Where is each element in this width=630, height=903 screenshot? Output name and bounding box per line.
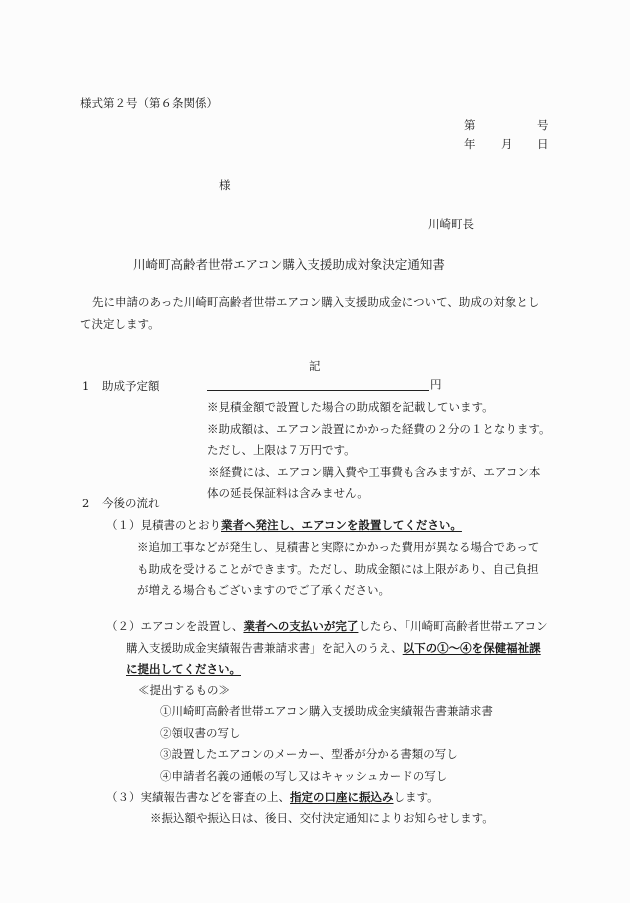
step3-number: （３） bbox=[106, 790, 141, 804]
step2-number: （２） bbox=[106, 619, 141, 633]
step1-note-3: が増える場合もございますのでご了承ください。 bbox=[137, 585, 390, 597]
subsidy-amount-field[interactable] bbox=[207, 378, 429, 391]
recipient-suffix: 様 bbox=[219, 180, 231, 192]
date-year: 年 bbox=[464, 139, 476, 151]
step2-text-1-end: したら、「川崎町高齢者世帯エアコン bbox=[358, 619, 547, 633]
section2-number: 2 bbox=[82, 498, 89, 510]
section1-note-4: ※経費には、エアコン購入費や工事費も含みますが、エアコン本 bbox=[208, 467, 540, 479]
section1-note-5: 体の延長保証料は含みません。 bbox=[207, 488, 369, 500]
submit-heading: ≪提出するもの≫ bbox=[138, 685, 230, 697]
date-month: 月 bbox=[501, 139, 513, 151]
step1-note-2: も助成を受けることができます。ただし、助成金額には上限があり、自己負担 bbox=[137, 564, 539, 576]
doc-number-prefix: 第 bbox=[464, 120, 476, 132]
submit-item-2: ②領収書の写し bbox=[160, 728, 241, 740]
section1-note-2: ※助成額は、エアコン設置にかかった経費の２分の１となります。 bbox=[207, 424, 551, 436]
section1-label: 助成予定額 bbox=[102, 381, 160, 393]
sender-name: 川崎町長 bbox=[428, 219, 474, 231]
intro-line-1: 先に申請のあった川崎町高齢者世帯エアコン購入支援助成金について、助成の対象とし bbox=[92, 297, 539, 309]
ki-heading: 記 bbox=[309, 361, 321, 373]
step1-number: （１） bbox=[106, 518, 141, 532]
submit-item-3: ③設置したエアコンのメーカー、型番が分かる書類の写し bbox=[160, 749, 458, 761]
step2-emphasis-1: 業者への支払いが完了 bbox=[243, 619, 358, 633]
date-day: 日 bbox=[537, 139, 549, 151]
step2-emphasis-3: に提出してください。 bbox=[126, 662, 241, 676]
step2-line-1: （２）エアコンを設置し、業者への支払いが完了したら、「川崎町高齢者世帯エアコン bbox=[106, 621, 548, 633]
document-title: 川崎町高齢者世帯エアコン購入支援助成対象決定通知書 bbox=[133, 259, 445, 272]
step1-text: 見積書のとおり bbox=[141, 518, 222, 532]
step1-emphasis: 業者へ発注し、エアコンを設置してください。 bbox=[221, 518, 462, 532]
step2-text-2: 購入支援助成金実績報告書兼請求書」を記入のうえ、 bbox=[126, 641, 403, 655]
step2-emphasis-2: 以下の①～④を保健福祉課 bbox=[403, 641, 541, 655]
section1-number: 1 bbox=[82, 381, 89, 393]
submit-item-1: ①川崎町高齢者世帯エアコン購入支援助成金実績報告書兼請求書 bbox=[160, 706, 493, 718]
section2-label: 今後の流れ bbox=[102, 498, 160, 510]
intro-line-2: て決定します。 bbox=[80, 319, 160, 331]
currency-label: 円 bbox=[430, 378, 442, 392]
step1-line: （１）見積書のとおり業者へ発注し、エアコンを設置してください。 bbox=[106, 520, 462, 532]
section1-note-3: ただし、上限は７万円です。 bbox=[207, 445, 356, 457]
step2-text-1: エアコンを設置し、 bbox=[141, 619, 244, 633]
step1-note-1: ※追加工事などが発生し、見積書と実際にかかった費用が異なる場合であって bbox=[137, 542, 539, 554]
step3-note: ※振込額や振込日は、後日、交付決定通知によりお知らせします。 bbox=[150, 813, 494, 825]
step3-line: （３）実績報告書などを審査の上、指定の口座に振込みします。 bbox=[106, 792, 439, 804]
step2-line-2: 購入支援助成金実績報告書兼請求書」を記入のうえ、以下の①～④を保健福祉課 bbox=[126, 643, 541, 655]
subsidy-amount-row: 円 bbox=[207, 378, 442, 391]
section1-note-1: ※見積金額で設置した場合の助成額を記載しています。 bbox=[207, 402, 494, 414]
submit-item-4: ④申請者名義の通帳の写し又はキャッシュカードの写し bbox=[160, 771, 447, 783]
step3-emphasis: 指定の口座に振込み bbox=[290, 790, 394, 804]
doc-number-suffix: 号 bbox=[537, 120, 549, 132]
form-number: 様式第２号（第６条関係） bbox=[80, 98, 218, 110]
step3-text-end: します。 bbox=[394, 790, 439, 804]
step2-line-3: に提出してください。 bbox=[126, 664, 241, 676]
step3-text: 実績報告書などを審査の上、 bbox=[141, 790, 291, 804]
